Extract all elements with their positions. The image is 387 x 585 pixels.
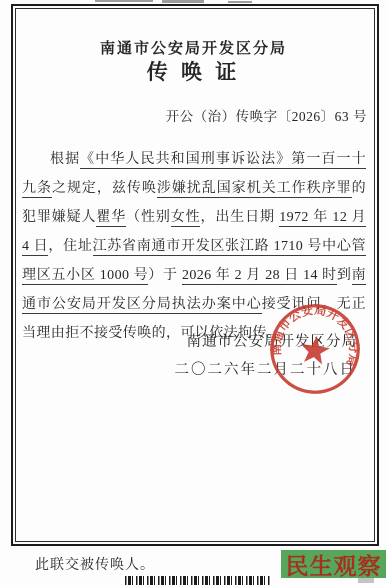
summons-body-text: 根据《中华人民共和国刑事诉讼法》第一百一十九条之规定，兹传唤涉嫌扰乱国家机关工作… (22, 145, 366, 348)
watermark-badge: 民生观察 (281, 550, 386, 578)
body-text-segment: （性别 (126, 210, 171, 225)
body-text-segment: 之规定，兹传唤 (52, 181, 157, 196)
body-text-segment: 根据 (50, 152, 80, 167)
body-text-segment: ，出生日期 (200, 210, 279, 225)
scan-noise-mark (228, 1, 252, 3)
watermark-text: 民生观察 (286, 548, 382, 581)
signature-date: 二〇二六年二月二十八日 (175, 358, 357, 379)
body-text-segment: 到 (337, 268, 352, 283)
document-number: 开公（治）传唤字〔2026〕63 号 (166, 105, 367, 125)
document-title: 传 唤 证 (0, 56, 387, 86)
scan-noise-mark (162, 0, 204, 3)
issuing-agency-header: 南通市公安局开发区分局 (0, 37, 387, 58)
body-text-segment: 2026 年 2 月 28 日 14 时 (182, 268, 337, 285)
body-text-segment: ，住址 (48, 239, 92, 254)
body-text-segment: 瞿华 (96, 210, 126, 227)
scan-noise-mark (95, 0, 153, 2)
body-text-segment: 女性 (171, 210, 201, 227)
body-text-segment: ）于 (148, 268, 182, 283)
summons-document-page: 南通市公安局开发区分局 传 唤 证 开公（治）传唤字〔2026〕63 号 根据《… (0, 0, 387, 585)
body-text-segment: 涉嫌扰乱国家机关工作秩序罪 (157, 181, 352, 198)
signature-agency-name: 南通市公安局开发区分局 (187, 330, 358, 351)
barcode (125, 576, 271, 585)
copy-recipient-note: 此联交被传唤人。 (35, 554, 155, 574)
